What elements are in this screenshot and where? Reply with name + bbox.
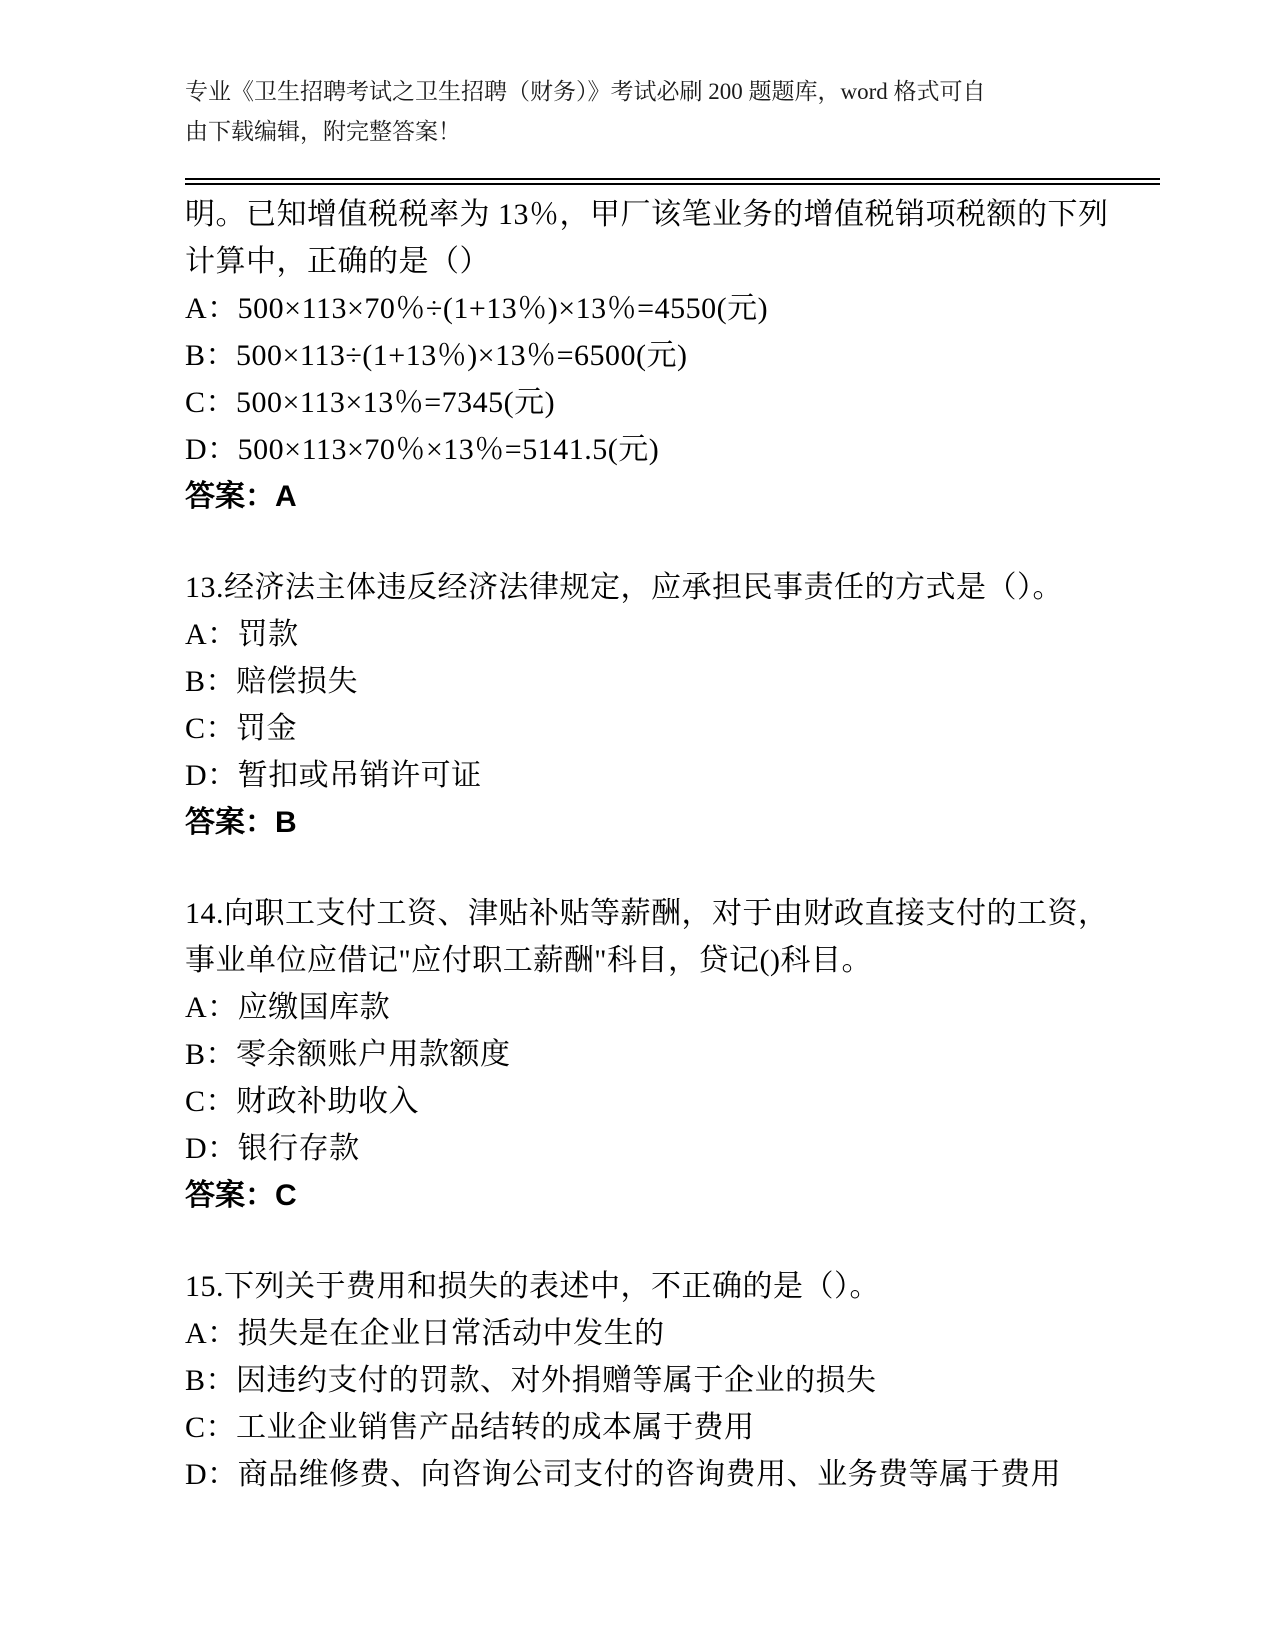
option-d: D：商品维修费、向咨询公司支付的咨询费用、业务费等属于费用 bbox=[185, 1451, 1160, 1498]
question-text-line: 明。已知增值税税率为 13％，甲厂该笔业务的增值税销项税额的下列 bbox=[185, 191, 1160, 238]
document-page: 专业《卫生招聘考试之卫生招聘（财务）》考试必刷 200 题题库，word 格式可… bbox=[0, 0, 1275, 1650]
option-c: C：工业企业销售产品结转的成本属于费用 bbox=[185, 1404, 1160, 1451]
header-text-line-1: 专业《卫生招聘考试之卫生招聘（财务）》考试必刷 200 题题库，word 格式可… bbox=[185, 72, 1160, 112]
option-a: A：应缴国库款 bbox=[185, 984, 1160, 1031]
option-c: C：罚金 bbox=[185, 705, 1160, 752]
question-text-line: 事业单位应借记"应付职工薪酬"科目，贷记()科目。 bbox=[185, 937, 1160, 984]
question-text-line: 15.下列关于费用和损失的表述中，不正确的是（）。 bbox=[185, 1263, 1160, 1310]
option-c: C：财政补助收入 bbox=[185, 1078, 1160, 1125]
header-text-line-2: 由下载编辑，附完整答案！ bbox=[185, 112, 1160, 152]
document-body: 明。已知增值税税率为 13％，甲厂该笔业务的增值税销项税额的下列 计算中，正确的… bbox=[185, 191, 1160, 1498]
option-a: A：损失是在企业日常活动中发生的 bbox=[185, 1310, 1160, 1357]
question-14: 14.向职工支付工资、津贴补贴等薪酬，对于由财政直接支付的工资， 事业单位应借记… bbox=[185, 890, 1160, 1219]
answer-line: 答案：B bbox=[185, 799, 1160, 846]
option-d: D：暂扣或吊销许可证 bbox=[185, 752, 1160, 799]
question-text-line: 计算中，正确的是（） bbox=[185, 238, 1160, 285]
page-header: 专业《卫生招聘考试之卫生招聘（财务）》考试必刷 200 题题库，word 格式可… bbox=[185, 72, 1160, 152]
option-d: D：500×113×70％×13％=5141.5(元) bbox=[185, 426, 1160, 473]
question-text-line: 14.向职工支付工资、津贴补贴等薪酬，对于由财政直接支付的工资， bbox=[185, 890, 1160, 937]
option-b: B：500×113÷(1+13％)×13％=6500(元) bbox=[185, 332, 1160, 379]
answer-line: 答案：A bbox=[185, 473, 1160, 520]
question-13: 13.经济法主体违反经济法律规定，应承担民事责任的方式是（）。 A：罚款 B：赔… bbox=[185, 564, 1160, 846]
option-c: C：500×113×13％=7345(元) bbox=[185, 379, 1160, 426]
question-15: 15.下列关于费用和损失的表述中，不正确的是（）。 A：损失是在企业日常活动中发… bbox=[185, 1263, 1160, 1498]
question-12-continuation: 明。已知增值税税率为 13％，甲厂该笔业务的增值税销项税额的下列 计算中，正确的… bbox=[185, 191, 1160, 520]
option-a: A：罚款 bbox=[185, 611, 1160, 658]
answer-line: 答案：C bbox=[185, 1172, 1160, 1219]
option-a: A：500×113×70％÷(1+13％)×13％=4550(元) bbox=[185, 285, 1160, 332]
question-text-line: 13.经济法主体违反经济法律规定，应承担民事责任的方式是（）。 bbox=[185, 564, 1160, 611]
option-b: B：赔偿损失 bbox=[185, 658, 1160, 705]
option-d: D：银行存款 bbox=[185, 1125, 1160, 1172]
option-b: B：因违约支付的罚款、对外捐赠等属于企业的损失 bbox=[185, 1357, 1160, 1404]
header-divider bbox=[185, 178, 1160, 185]
option-b: B：零余额账户用款额度 bbox=[185, 1031, 1160, 1078]
